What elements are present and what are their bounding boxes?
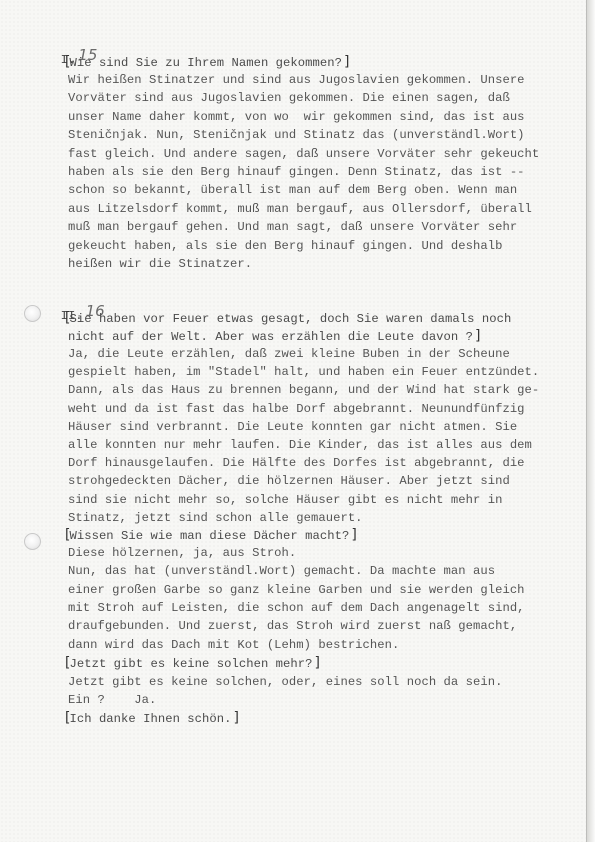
transcript-line: Steničnjak. Nun, Steničnjak und Stinatz … — [68, 128, 525, 142]
bracket-close: ] — [233, 710, 241, 726]
transcript-line: Ja, die Leute erzählen, daß zwei kleine … — [68, 347, 510, 361]
transcript-line: alle konnten nur mehr laufen. Die Kinder… — [68, 438, 532, 452]
transcript-line: Dorf hinausgelaufen. Die Hälfte des Dorf… — [68, 456, 525, 470]
transcript-line: heißen wir die Stinatzer. — [68, 257, 252, 271]
transcript-line: aus Litzelsdorf kommt, muß man bergauf, … — [68, 202, 532, 216]
punch-hole-icon — [24, 305, 41, 322]
transcript-line: Dann, als das Haus zu brennen begann, un… — [68, 383, 539, 397]
transcript-line: unser Name daher kommt, von wo wir gekom… — [68, 110, 525, 124]
transcript-line: Wir heißen Stinatzer und sind aus Jugosl… — [68, 73, 525, 87]
interviewer-question: [Wie sind Sie zu Ihrem Namen gekommen?] — [68, 55, 351, 70]
interviewer-question-line: nicht auf der Welt. Aber was erzählen di… — [68, 329, 483, 344]
transcript-line: muß man bergauf gehen. Und man sagt, daß… — [68, 220, 517, 234]
transcript-line: mit Stroh auf Leisten, die schon auf dem… — [68, 601, 525, 615]
transcript-line: haben als sie den Berg hinauf gingen. De… — [68, 165, 525, 179]
transcript-line: schon so bekannt, überall ist man auf de… — [68, 183, 517, 197]
bracket-close: ] — [350, 527, 358, 543]
transcript-line: weht und da ist fast das halbe Dorf abge… — [68, 402, 525, 416]
page-edge — [586, 0, 595, 842]
bracket-close: ] — [314, 655, 322, 671]
transcript-line: sind sie nicht mehr so, solche Häuser gi… — [68, 493, 502, 507]
transcript-line: dann wird das Dach mit Kot (Lehm) bestri… — [68, 638, 399, 652]
punch-hole-icon — [24, 533, 41, 550]
transcript-line: Ein ? Ja. — [68, 693, 156, 707]
transcript-line: Stinatz, jetzt sind schon alle gemauert. — [68, 511, 363, 525]
transcript-line: Diese hölzernen, ja, aus Stroh. — [68, 546, 296, 560]
interviewer-question: [Wissen Sie wie man diese Dächer macht?] — [68, 528, 359, 543]
bracket-close: ] — [474, 328, 482, 344]
transcript-line: strohgedeckten Dächer, die hölzernen Häu… — [68, 474, 510, 488]
transcript-line: Nun, das hat (unverständl.Wort) gemacht.… — [68, 564, 495, 578]
transcript-line: Häuser sind verbrannt. Die Leute konnten… — [68, 420, 517, 434]
interviewer-question: [Jetzt gibt es keine solchen mehr?] — [68, 656, 322, 671]
transcript-line: Vorväter sind aus Jugoslavien gekommen. … — [68, 91, 510, 105]
transcript-line: gekeucht haben, als sie den Berg hinauf … — [68, 239, 502, 253]
bracket-close: ] — [343, 54, 351, 70]
transcript-line: fast gleich. Und andere sagen, daß unser… — [68, 147, 539, 161]
interviewer-question-line: [Sie haben vor Feuer etwas gesagt, doch … — [68, 311, 511, 326]
transcript-line: Jetzt gibt es keine solchen, oder, eines… — [68, 675, 502, 689]
transcript-line: draufgebunden. Und zuerst, das Stroh wir… — [68, 619, 517, 633]
transcript-line: gespielt haben, im "Stadel" halt, und ha… — [68, 365, 539, 379]
transcript-line: einer großen Garbe so ganz kleine Garben… — [68, 583, 525, 597]
interviewer-closing: [Ich danke Ihnen schön.] — [68, 711, 241, 726]
